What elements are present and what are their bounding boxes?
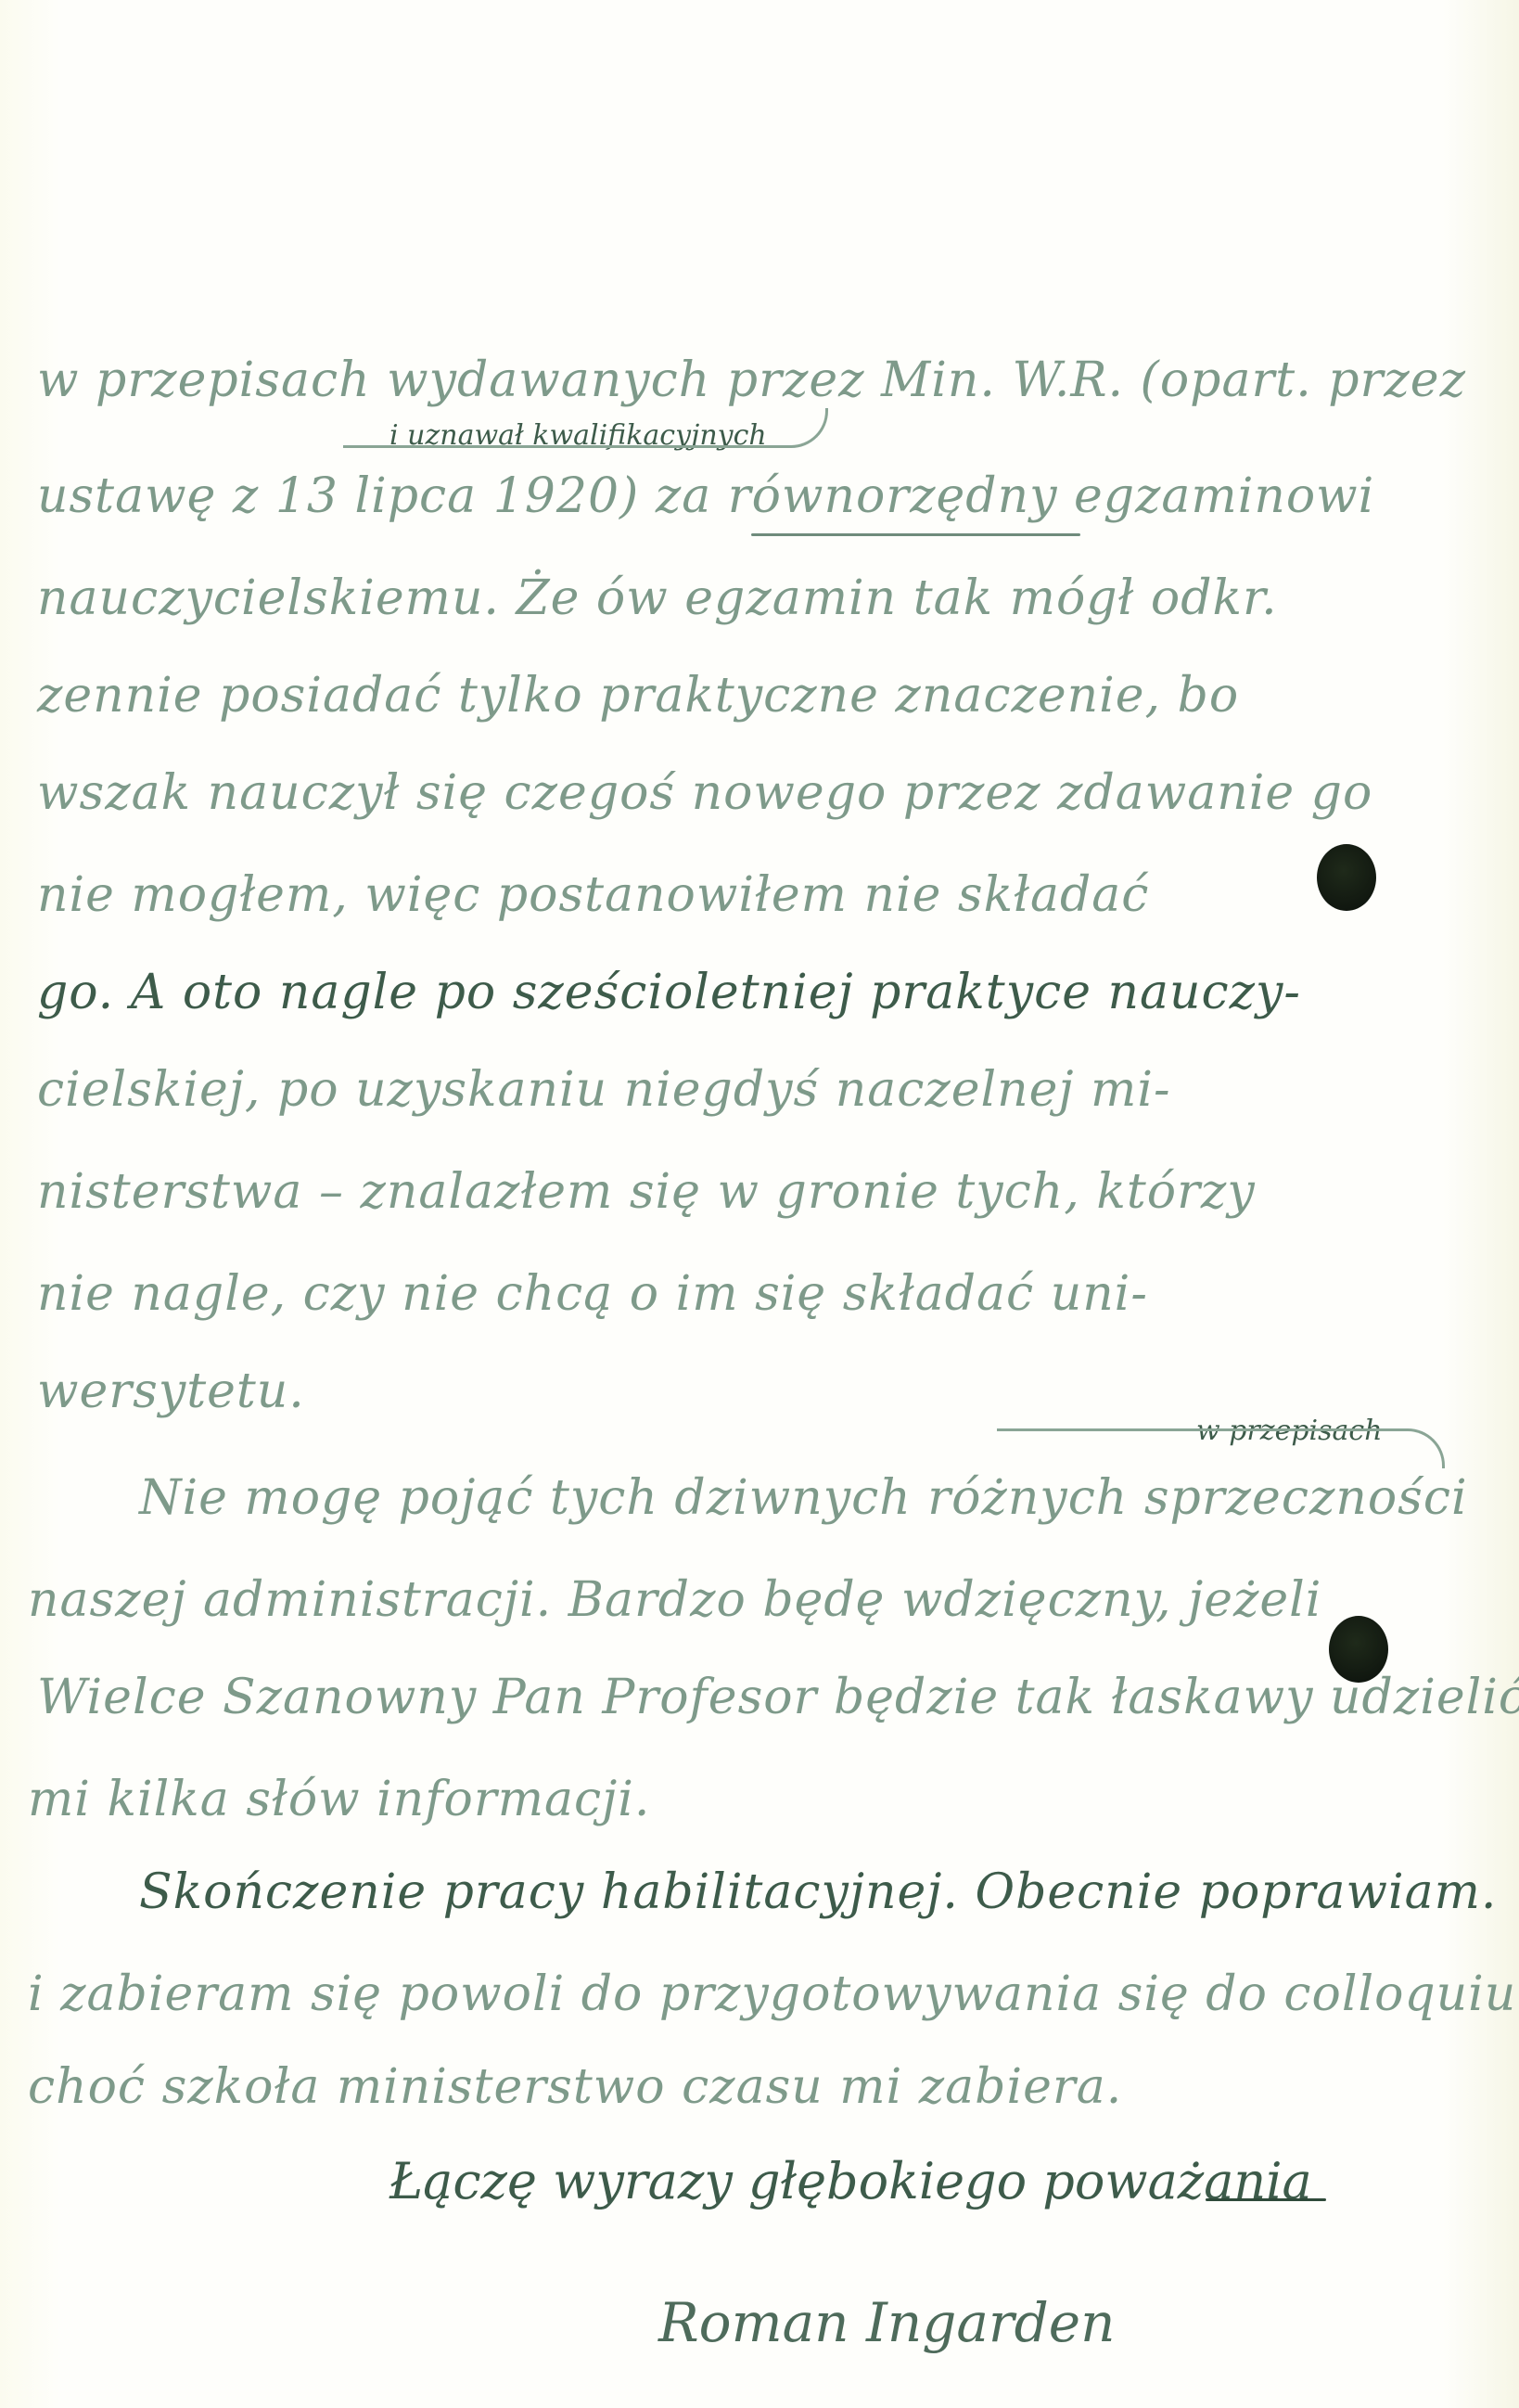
text-line: i zabieram się powoli do przygotowywania… bbox=[28, 1966, 1519, 2022]
text-line: Skończenie pracy habilitacyjnej. Obecnie… bbox=[139, 1864, 1497, 1920]
insertion-bracket bbox=[343, 408, 828, 448]
text-line: wszak nauczył się czegoś nowego przez zd… bbox=[37, 765, 1372, 821]
text-line: Wielce Szanowny Pan Profesor będzie tak … bbox=[37, 1670, 1519, 1725]
text-line: nie mogłem, więc postanowiłem nie składa… bbox=[37, 867, 1149, 923]
text-line: cielskiej, po uzyskaniu niegdyś naczelne… bbox=[37, 1062, 1171, 1118]
text-line: wersytetu. bbox=[37, 1364, 305, 1419]
text-line: zennie posiadać tylko praktyczne znaczen… bbox=[37, 668, 1239, 724]
closing-text: Łączę wyrazy głębokiego poważania bbox=[389, 2152, 1312, 2210]
punch-hole bbox=[1329, 1616, 1388, 1683]
underline bbox=[751, 533, 1080, 536]
text-line: go. A oto nagle po sześcioletniej prakty… bbox=[37, 965, 1301, 1020]
insertion-bracket bbox=[997, 1428, 1445, 1468]
punch-hole bbox=[1317, 844, 1376, 911]
text-line: nauczycielskiemu. Że ów egzamin tak mógł… bbox=[37, 570, 1278, 626]
text-line: choć szkoła ministerstwo czasu mi zabier… bbox=[28, 2059, 1122, 2115]
text-line: mi kilka słów informacji. bbox=[28, 1772, 650, 1827]
text-line: nie nagle, czy nie chcą o im się składać… bbox=[37, 1266, 1148, 1322]
letter-page: i uznawał kwalifikacyjnych w przepisach … bbox=[0, 0, 1519, 2408]
closing-underline bbox=[1206, 2198, 1326, 2201]
text-line: nisterstwa – znalazłem się w gronie tych… bbox=[37, 1164, 1256, 1220]
text-line: Nie mogę pojąć tych dziwnych różnych spr… bbox=[139, 1470, 1468, 1526]
text-line: w przepisach wydawanych przez Min. W.R. … bbox=[37, 352, 1466, 408]
signature: Roman Ingarden bbox=[658, 2291, 1115, 2354]
text-line: ustawę z 13 lipca 1920) za równorzędny e… bbox=[37, 468, 1374, 524]
text-line: naszej administracji. Bardzo będę wdzięc… bbox=[28, 1572, 1321, 1628]
